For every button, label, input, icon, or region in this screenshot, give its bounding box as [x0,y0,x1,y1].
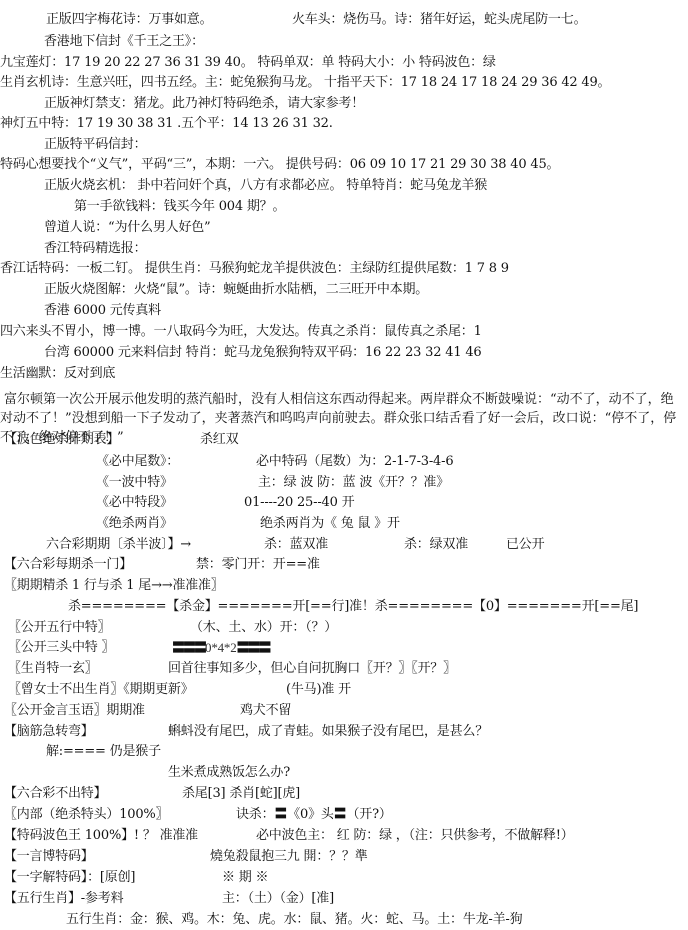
sections-line: ※ 期 ※ [222,869,268,887]
sections-line: 《一波中特》 [96,474,173,492]
sections-line: 【一言博特码】 [4,848,94,866]
sections-line: 禁：零门开：开==准 [196,556,320,574]
sections-line: 燒兔殺鼠抱三九 開：？？準 [210,848,368,866]
sections-line: 必中特码（尾数）为：2-1-7-3-4-6 [256,453,453,471]
lines-line: 香江话特码：一板二钉。 提供生肖：马猴狗蛇龙羊提供波色：主绿防红提供尾数：1 7… [0,260,509,278]
sections-line: 解:==== 仍是猴子 [46,743,161,761]
sections-line: 〖公开五行中特〗 [8,619,110,637]
lines-line: 正版四字梅花诗：万事如意。 [46,11,212,29]
bar-right: 〓〓〓 [237,641,270,656]
sections-line: 回首往事知多少，但心自问扤胸口〖开？〗〖开？〗 [168,660,456,678]
sections-line: 〖生肖特一玄〗 [8,660,98,678]
sections-line: 五行生肖：金：猴、鸡。木：兔、虎。水：鼠、猪。火：蛇、马。土：牛龙-羊-狗 [66,911,522,929]
sections-line: 杀========【杀金】=======开[==行]准！杀========【0】… [68,598,638,616]
sections-line: 〖公开金言玉语〗期期准 [4,702,145,720]
document-page: 正版四字梅花诗：万事如意。火车头：烧伤马。诗：猪年好运，蛇头虎尾防一七。香港地下… [0,0,688,930]
sections-line: 蝌蚪没有尾巴，成了青蛙。如果猴子没有尾巴，是甚么？ [168,723,488,741]
sections-line: 已公开 [506,536,544,554]
sections-line: 〖内部（绝杀特头）100%〗 [4,806,168,824]
sections-line: 杀：绿双准 [404,536,468,554]
lines-line: 九宝莲灯：17 19 20 22 27 36 31 39 40。 特码单双：单 … [0,54,496,72]
sections-line: 【脑筋急转弯】 [4,723,94,741]
sections-line: 【五行生肖】-参考料 [4,890,123,908]
sections-line: 必中波色主： 红 防：绿 ，（注：只供参考，不做解释!） [256,827,574,845]
sections-line: 〖曾女士不出生肖〗《期期更新》 [8,681,194,699]
sections-line: 杀：蓝双准 [264,536,328,554]
lines-line: 台湾 60000 元来料信封 特肖：蛇马龙兔猴狗特双平码：16 22 23 32… [44,344,481,362]
sections-line: 诀杀：〓《0》头〓（开?） [236,806,392,824]
lines-line: 正版神灯禁支：猪龙。此乃神灯特码绝杀，请大家参考！ [44,95,364,113]
lines-line: 特码心想要找个“义气”，平码“三”，本期：一六。 提供号码：06 09 10 1… [0,156,559,174]
lines-line: 火车头：烧伤马。诗：猪年好运，蛇头虎尾防一七。 [292,11,586,29]
lines-line: 曾道人说：“为什么男人好色” [44,219,211,237]
sections-line: 【六合彩每期杀一门】 [4,556,132,574]
sections-line: 主：绿 波 防：蓝 波《开？？准》 [258,474,449,492]
lines-line: 生肖玄机诗：生意兴旺，四书五经。主：蛇兔猴狗马龙。 十指平天下：17 18 24… [0,74,610,92]
sections-line: 鸡犬不留 [240,702,291,720]
sections-line: 《必中尾数》： [96,453,179,471]
sections-line: 〖公开三头中特 〗 [8,639,114,657]
sections-line: 生米煮成熟饭怎么办? [168,764,290,782]
lines-line: 生活幽默：反对到底 [0,365,115,383]
lines-line: 正版特平码信封： [44,136,146,154]
sections-line: 杀尾[3] 杀肖[蛇][虎] [182,785,300,803]
bar-left: 〓〓〓 [172,641,205,656]
lines-line: 四六来头不胃小，博一博。一八取码今为旺，大发达。传真之杀肖：鼠传真之杀尾：1 [0,323,482,341]
sections-line: 01----20 25--40 开 [244,494,354,512]
lines-line: 神灯五中特：17 19 30 38 31 .五个平：14 13 26 31 32… [0,115,333,133]
sections-line: 【特码波色王 100%】! ？ 准准准 [4,827,198,845]
sections-line: 绝杀两肖为《 兔 鼠 》开 [260,515,400,533]
sections-line: (牛马)准 开 [286,681,351,699]
lines-line: 正版火烧图解：火烧“鼠”。诗：蜿蜒曲折水陆栖，二三旺开中本期。 [44,281,428,299]
sections-line: （木、土、水）开：（？） [190,619,337,637]
sections-line: 六合彩期期〔杀半波〕】→ [46,536,191,554]
story-paragraph: 富尔顿第一次公开展示他发明的蒸汽船时，没有人相信这东西动得起来。两岸群众不断鼓噪… [0,390,682,447]
sections-line: 《绝杀两肖》 [96,515,173,533]
digits: 0*4*2 [205,640,237,655]
sections-line: 《必中特段》 [96,494,173,512]
lines-line: 第一手欲钱料：钱买今年 004 期？。 [74,198,285,216]
lines-line: 正版火烧玄机： 卦中若问奸个真，八方有求都必应。 特单特肖：蛇马兔龙羊猴 [44,177,487,195]
lines-line: 香港地下信封《千王之王》： [44,33,204,51]
lines-line: 香港 6000 元传真料 [44,302,161,320]
sections-line: 【一字解特码】：[原创] [4,869,135,887]
three-head-special-code: 〓〓〓0*4*2〓〓〓 [172,639,270,657]
lines-line: 香江特码精选报： [44,240,146,258]
sections-line: 〖期期精杀 1 行与杀 1 尾→→准准准〗 [4,577,224,595]
sections-line: 【六合彩不出特】 [4,785,106,803]
sections-line: 主：（土）（金）[准] [222,890,334,908]
